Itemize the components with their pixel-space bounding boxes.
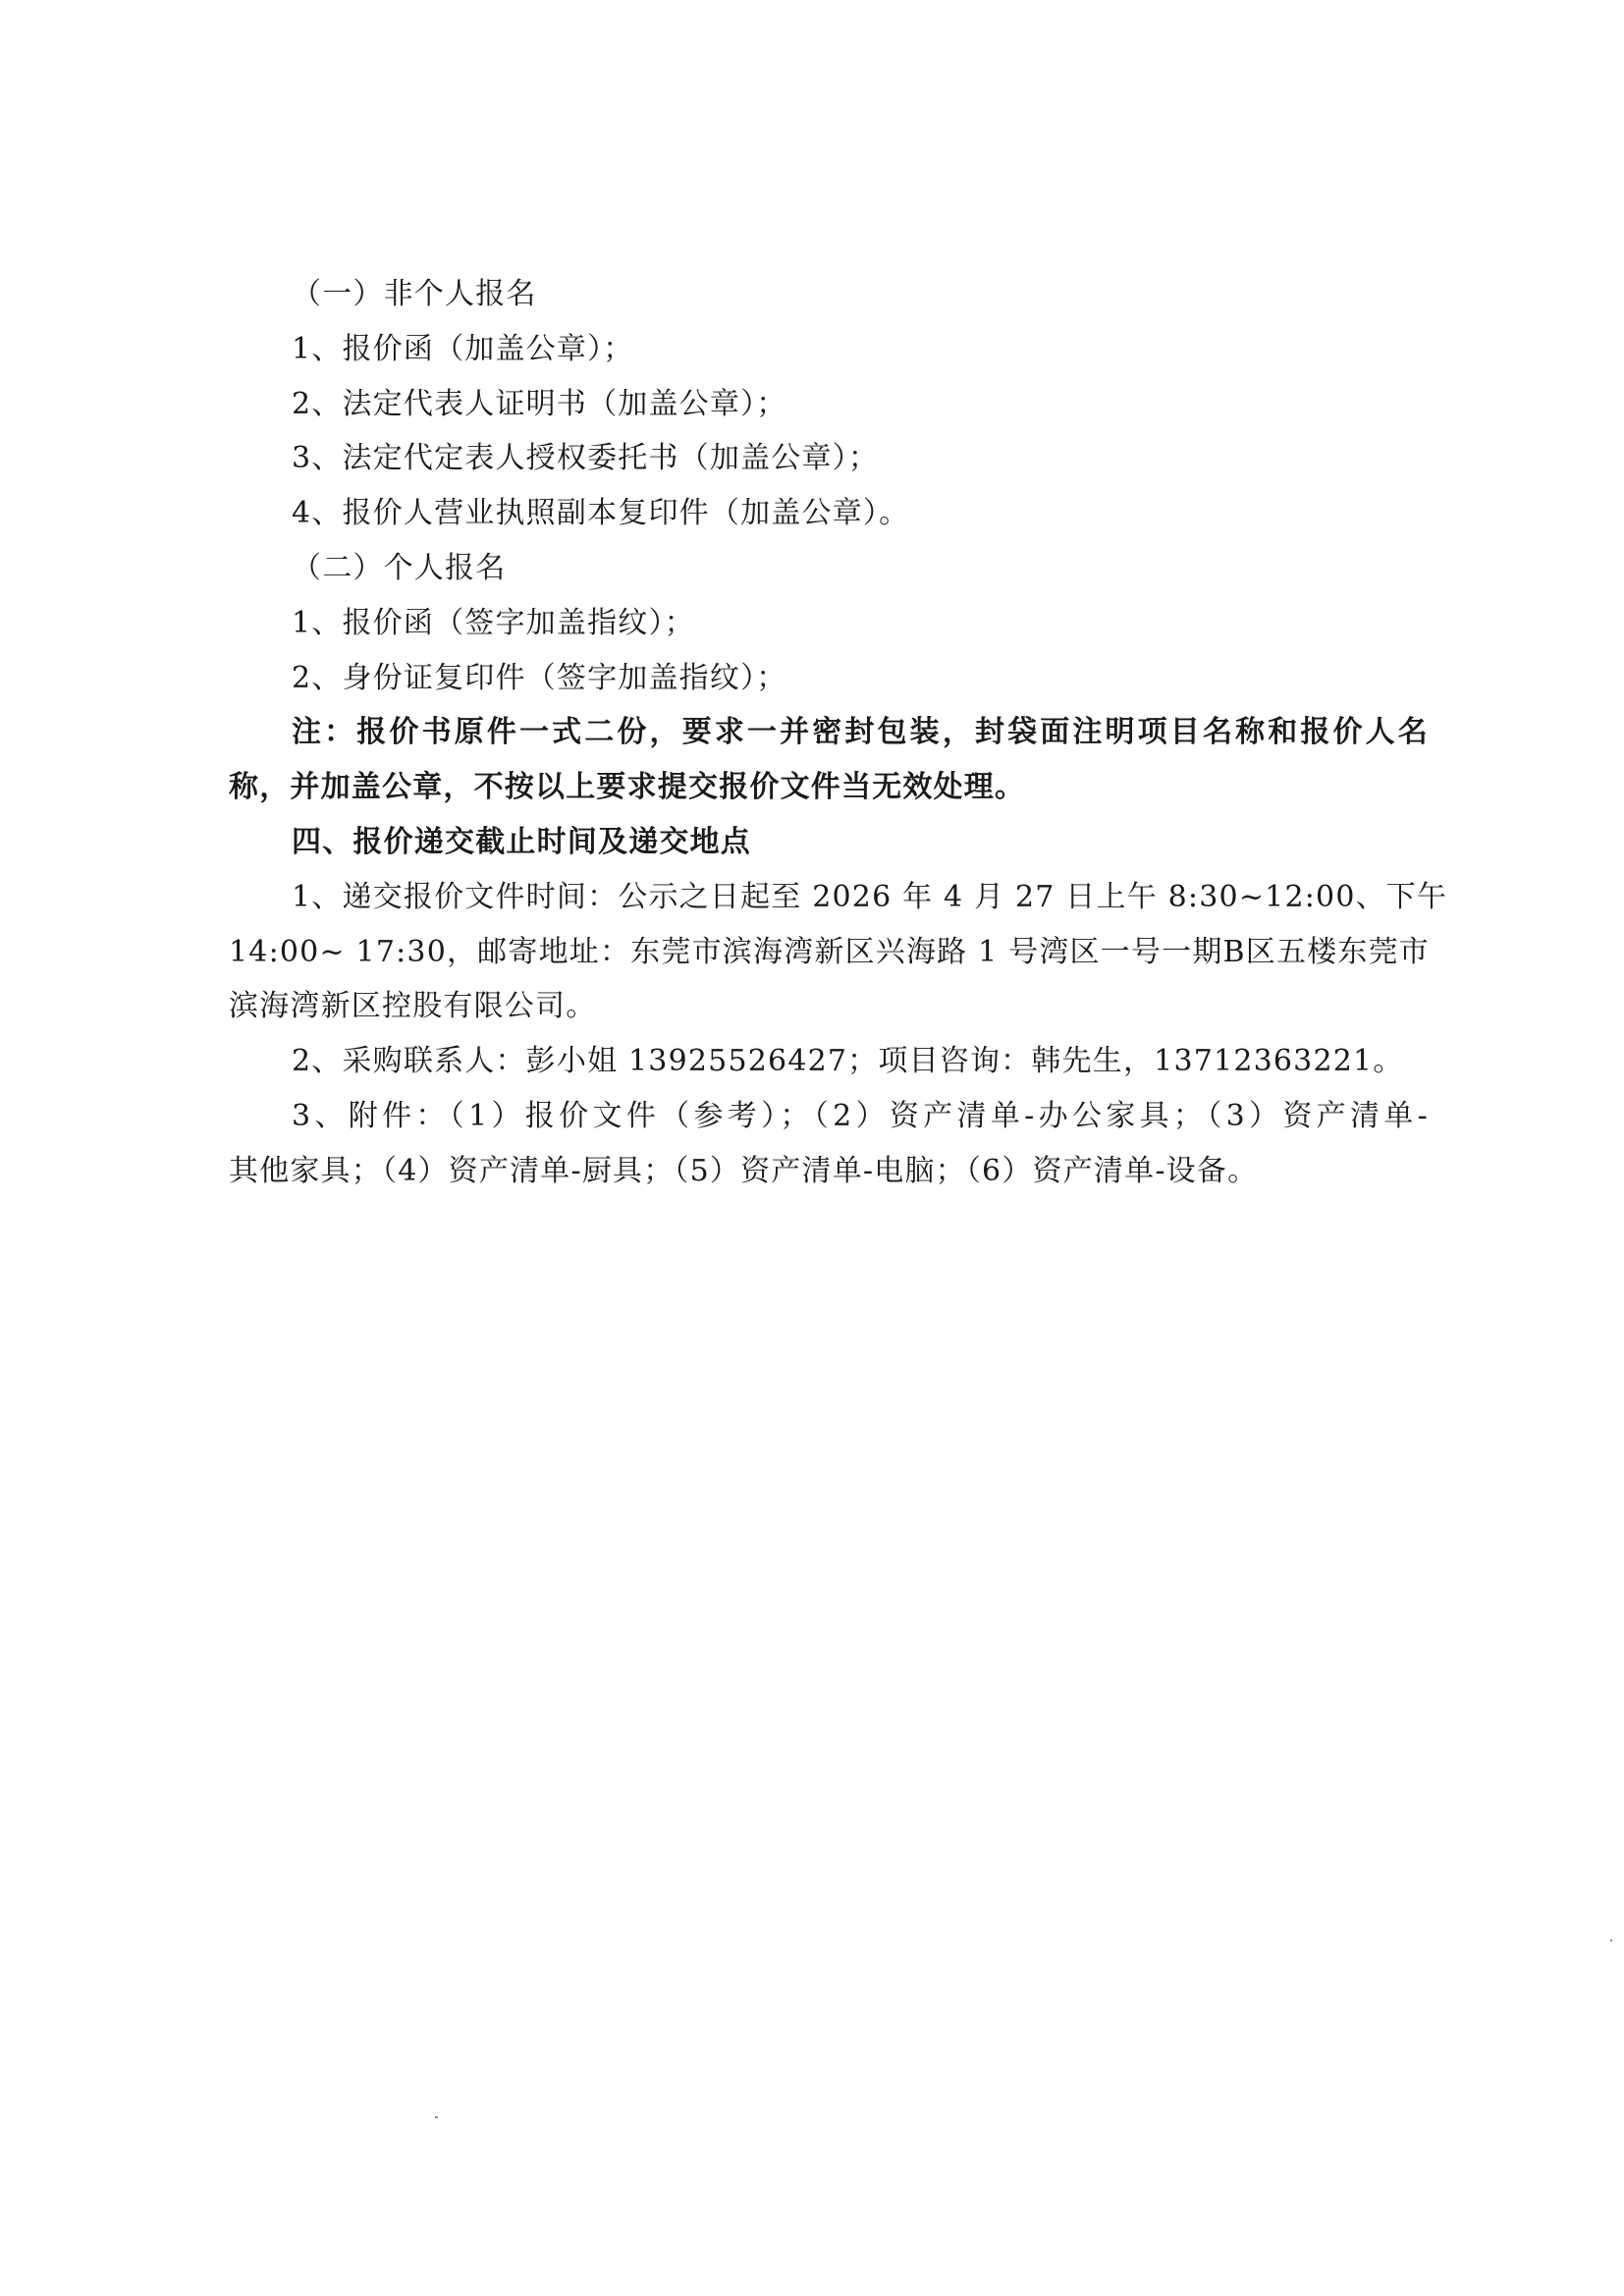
- submission-time-line-1: 1、递交报价文件时间：公示之日起至 2026 年 4 月 27 日上午 8:30…: [229, 870, 1429, 925]
- list-item: 3、法定代定表人授权委托书（加盖公章）；: [229, 431, 1429, 486]
- section-heading-non-individual: （一）非个人报名: [229, 267, 1429, 322]
- list-item: 1、报价函（签字加盖指纹）；: [229, 596, 1429, 651]
- list-item: 1、报价函（加盖公章）；: [229, 322, 1429, 377]
- submission-address-line-3: 滨海湾新区控股有限公司。: [229, 979, 1429, 1034]
- note-line-2: 称，并加盖公章，不按以上要求提交报价文件当无效处理。: [229, 760, 1429, 815]
- list-item: 2、法定代表人证明书（加盖公章）；: [229, 377, 1429, 432]
- document-body: （一）非个人报名 1、报价函（加盖公章）； 2、法定代表人证明书（加盖公章）； …: [229, 267, 1429, 1199]
- scan-speck: [1610, 1940, 1612, 1941]
- note-line-1: 注：报价书原件一式二份，要求一并密封包装，封袋面注明项目名称和报价人名: [229, 705, 1429, 760]
- list-item: 2、身份证复印件（签字加盖指纹）；: [229, 651, 1429, 706]
- attachments-line-1: 3、附件：（1）报价文件（参考）；（2）资产清单-办公家具；（3）资产清单-: [229, 1089, 1429, 1144]
- section-heading-submission: 四、报价递交截止时间及递交地点: [229, 815, 1429, 870]
- contact-line: 2、采购联系人：彭小姐 13925526427；项目咨询：韩先生，1371236…: [229, 1034, 1429, 1089]
- scan-speck: [435, 2116, 438, 2118]
- section-heading-individual: （二）个人报名: [229, 541, 1429, 596]
- submission-address-line-2: 14:00~ 17:30，邮寄地址：东莞市滨海湾新区兴海路 1 号湾区一号一期B…: [229, 925, 1429, 980]
- attachments-line-2: 其他家具；（4）资产清单-厨具；（5）资产清单-电脑；（6）资产清单-设备。: [229, 1144, 1429, 1199]
- list-item: 4、报价人营业执照副本复印件（加盖公章）。: [229, 486, 1429, 541]
